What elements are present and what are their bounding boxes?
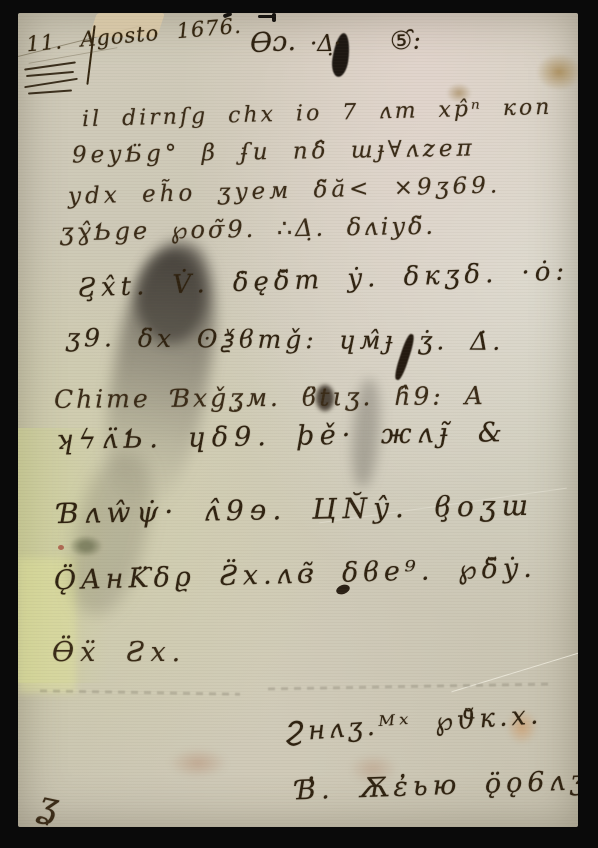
cipher-line: Ɵ̈ẍ Ƨx.	[52, 637, 186, 668]
brown-stain	[536, 53, 578, 91]
cipher-line: 9eyƄ̈g° β ʄu nδ̂ шɟ∀ʌzeπ	[72, 135, 476, 168]
framed-photo-background: 11. Agosto 1676. Ɵɔ. ·Δ̣· ⑤̑: il dirnſg …	[0, 0, 598, 848]
red-speckle	[58, 545, 64, 550]
cipher-line: il dirnſg chx io 7 ʌт xp̂ⁿ коп	[82, 95, 553, 132]
crossed-out-scribble	[26, 71, 74, 77]
sigil-circled-five: ⑤̑:	[390, 25, 422, 55]
cipher-line: Ɓʌŵψ̇· ʌ̂9ɘ. ЦN̆ŷ. ϐ̧oʒɯ	[58, 489, 535, 530]
cipher-line: ʞϟʌ̈Ƅ. ɥδ9. þě· жʌɟ̃ &	[56, 417, 508, 456]
crossed-out-scribble	[28, 89, 72, 94]
signature-line: Ϩнʌʒ.ᴹˣ ℘ϑ̆к.x.	[285, 700, 543, 748]
sigil-triangle: ·Δ̣·	[310, 31, 341, 57]
faint-squiggle	[268, 683, 548, 691]
faint-red-smear	[168, 748, 228, 778]
cipher-line: ʒ9. δ̈x ʘѯϐmǧ: ɥм̂ɟ ʒ̇. Δ̇.	[66, 323, 505, 356]
faint-squiggle	[40, 689, 240, 695]
edge-mark	[272, 13, 276, 22]
sigil-theta: Ɵɔ.	[249, 26, 296, 59]
cipher-line: Chime Ɓxǧʒ̧м. ϐ̈tιʒ. ɦ̂9: A	[54, 381, 486, 414]
signature-line: Ɓ̓. Ѫɛ̓ью ǫ̈ǫ6ʌʒ.	[296, 765, 578, 807]
margin-glyph: ʓ	[34, 783, 62, 827]
manuscript-photo: 11. Agosto 1676. Ɵɔ. ·Δ̣· ⑤̑: il dirnſg …	[18, 13, 578, 827]
cipher-line: ydx eh̃o ʒyeм δ̃ă< ×9ʒ69.	[68, 172, 502, 209]
crossed-out-scribble	[24, 78, 78, 88]
edge-mark	[258, 15, 273, 18]
cipher-line: ʒɣ̂Ƅge ℘oσ̃9. ∴Δ̣. δʌiyδ̃.	[60, 212, 436, 247]
